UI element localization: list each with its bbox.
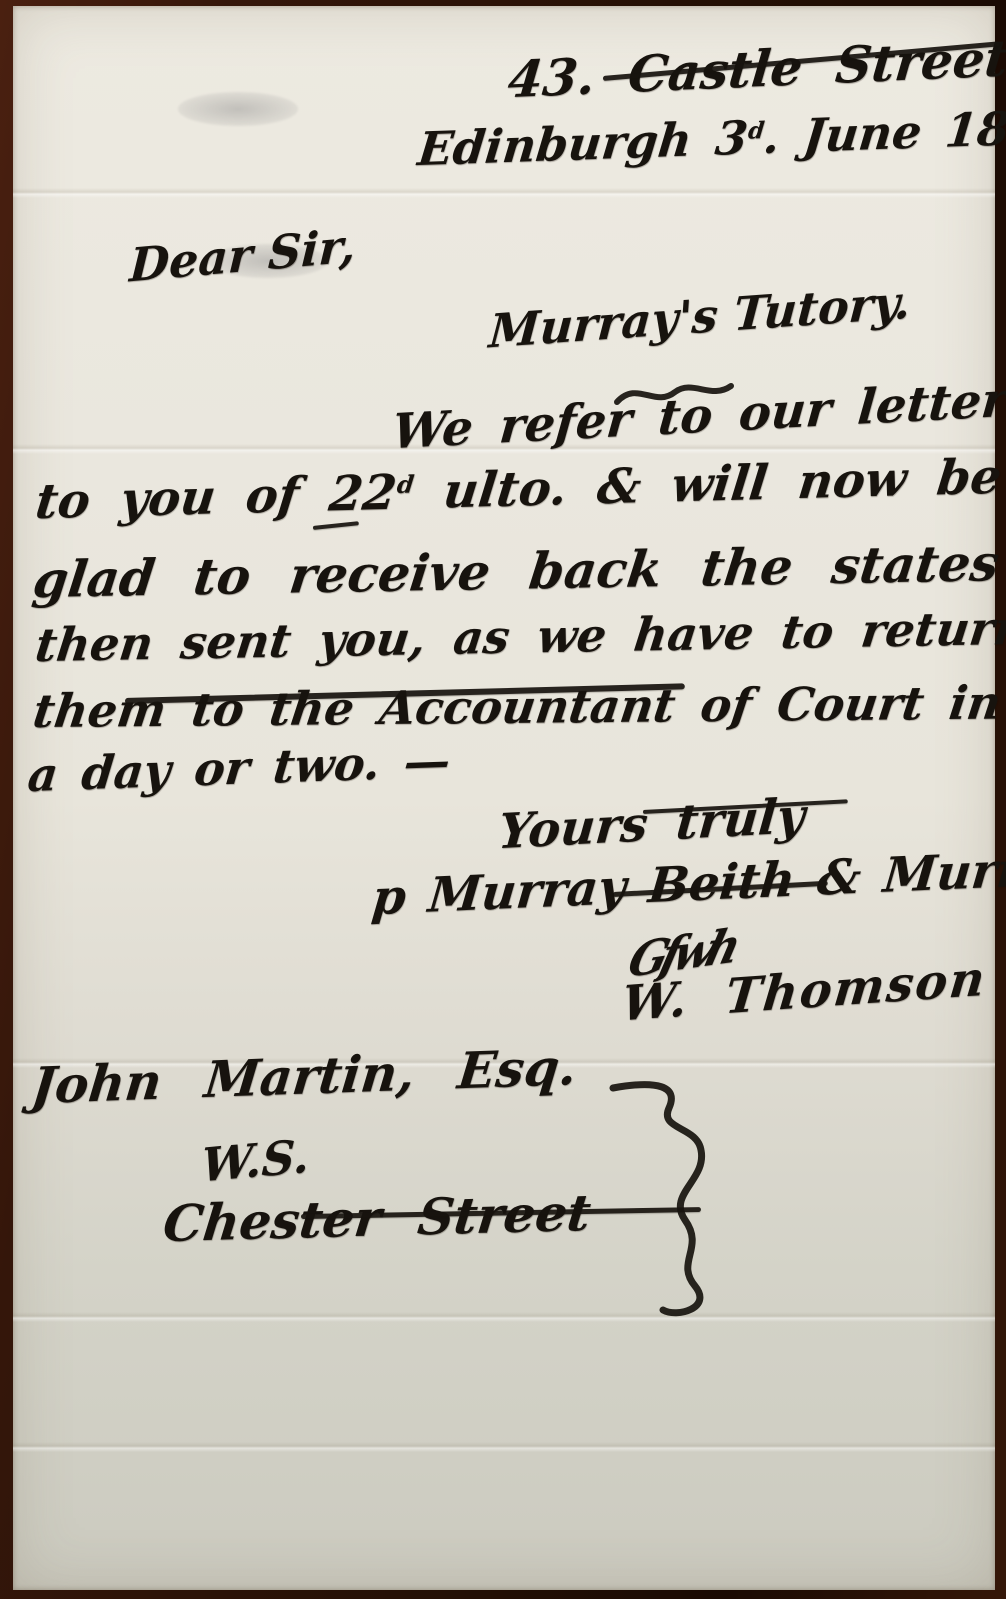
recipient-address: Chester Street — [160, 1183, 594, 1253]
recipient-name: John Martin, Esq. — [29, 1037, 580, 1115]
letter-paper: 43. Castle Street Edinburgh 3d. June 187… — [13, 6, 995, 1590]
date-pre: Edinburgh 3 — [415, 110, 750, 176]
body-line-2-post: ulto. & will now be — [410, 449, 1005, 521]
address-text: 43. Castle Street — [505, 28, 1006, 109]
date-post: . June 1874. — [761, 99, 1006, 165]
photograph-background: 43. Castle Street Edinburgh 3d. June 187… — [0, 0, 1006, 1599]
address-line: 43. Castle Street — [505, 28, 1006, 109]
fold-crease — [13, 1312, 995, 1322]
body-line-2: to you of 22d ulto. & will now be — [33, 449, 1005, 530]
date-line: Edinburgh 3d. June 1874. — [415, 99, 1006, 177]
body-line-5: them to the Accountant of Court in — [30, 676, 1004, 739]
subject-line: Murray's Tutory. — [487, 275, 912, 359]
ink-smudge — [178, 92, 298, 126]
fold-crease — [13, 1442, 995, 1452]
recipient-designation: W.S. — [200, 1129, 311, 1193]
firm-signature: p Murray Beith & Murray — [370, 839, 1006, 926]
valediction: Yours truly — [496, 788, 807, 860]
brace-flourish — [605, 1078, 775, 1328]
body-line-2-pre: to you of 22 — [33, 465, 400, 531]
body-line-4: then sent you, as we have to return — [32, 601, 1006, 672]
body-line-6: a day or two. — — [25, 733, 453, 802]
body-line-3: glad to receive back the states — [30, 533, 1003, 609]
salutation: Dear Sir, — [128, 218, 357, 292]
fold-crease — [13, 188, 995, 198]
